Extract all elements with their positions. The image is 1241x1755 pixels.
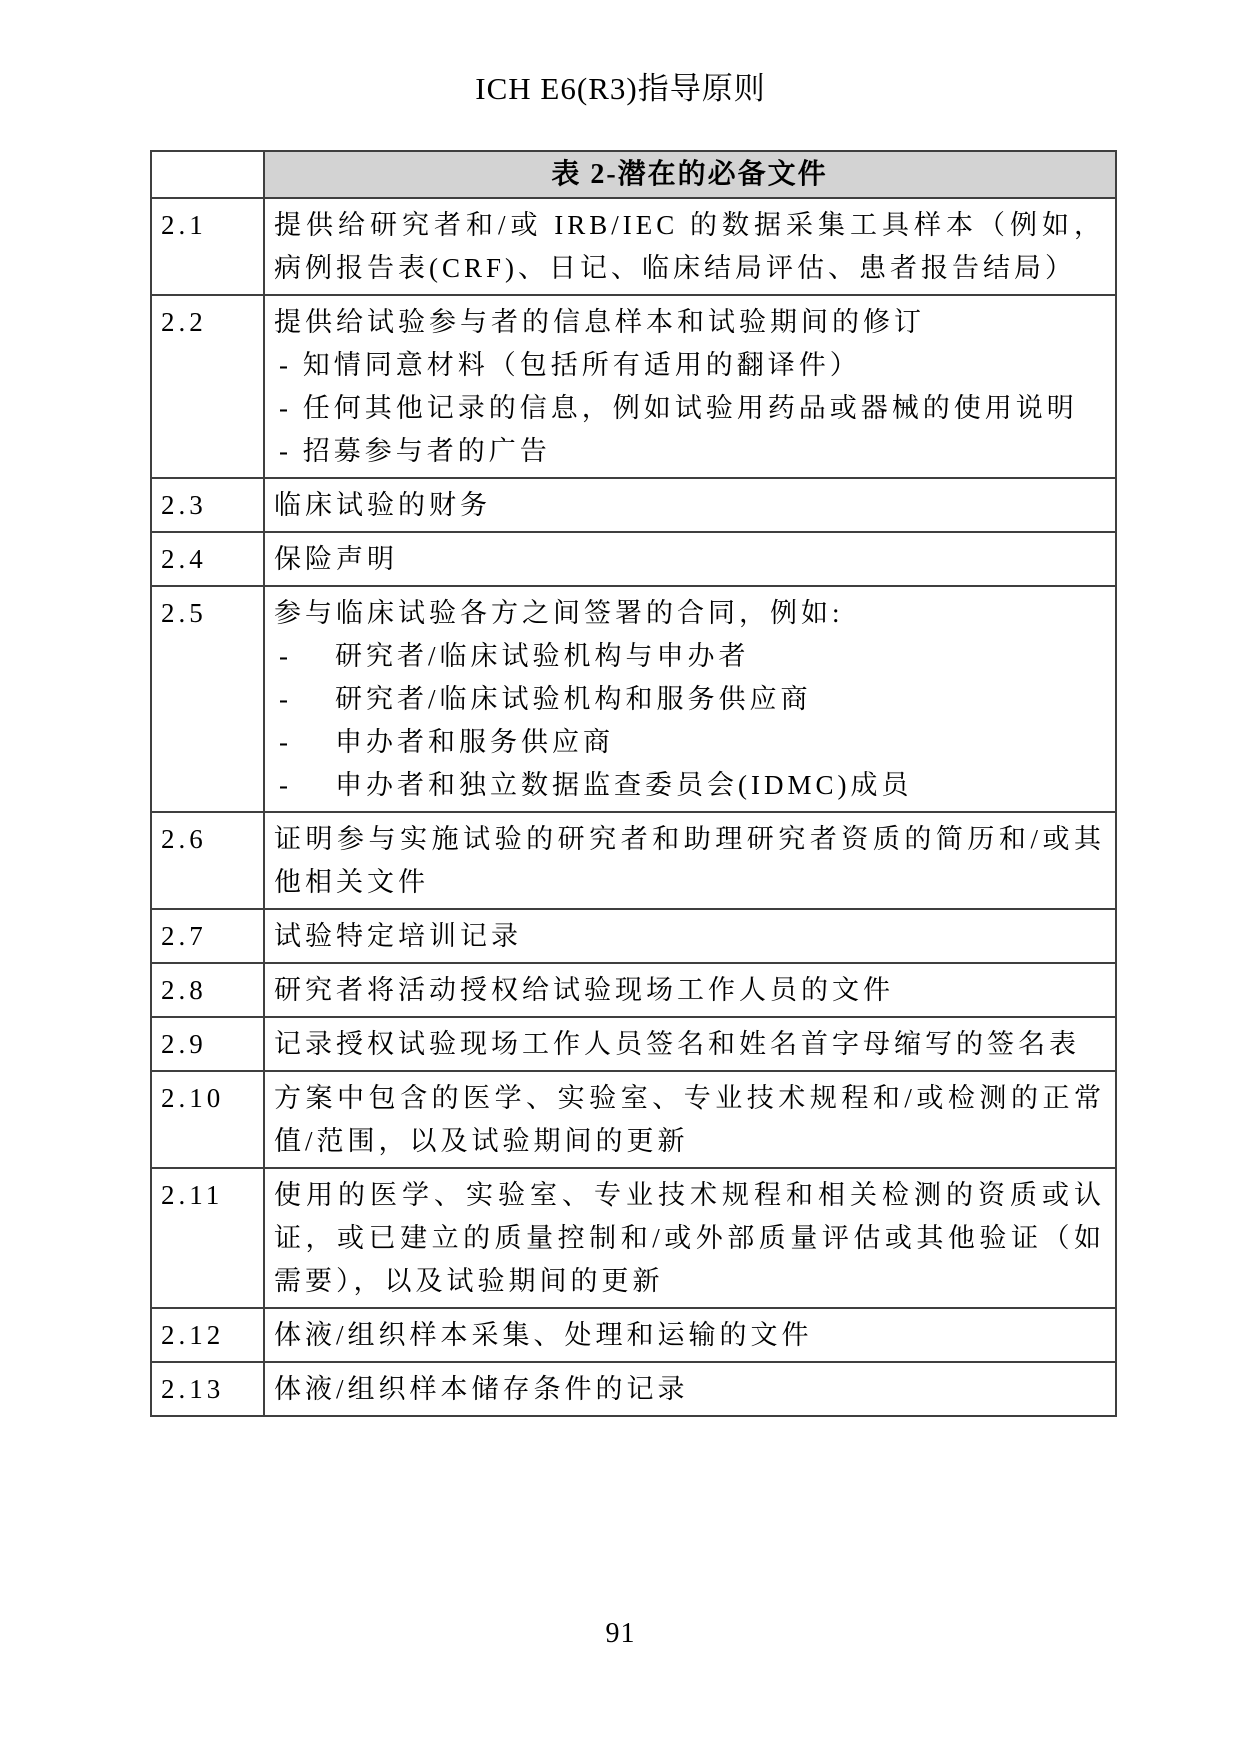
row-id-cell: 2.7 [151, 909, 264, 963]
row-line: 体液/组织样本采集、处理和运输的文件 [274, 1314, 1105, 1357]
row-content-cell: 试验特定培训记录 [264, 909, 1116, 963]
page-title: ICH E6(R3)指导原则 [0, 68, 1241, 110]
row-line: 提供给研究者和/或 IRB/IEC 的数据采集工具样本（例如，病例报告表(CRF… [274, 204, 1105, 290]
row-line: 使用的医学、实验室、专业技术规程和相关检测的资质或认证，或已建立的质量控制和/或… [274, 1174, 1105, 1303]
table-corner-cell [151, 151, 264, 198]
row-line: 试验特定培训记录 [274, 915, 1105, 958]
row-id-cell: 2.10 [151, 1071, 264, 1168]
row-line: 记录授权试验现场工作人员签名和姓名首字母缩写的签名表 [274, 1023, 1105, 1066]
row-line: 证明参与实施试验的研究者和助理研究者资质的简历和/或其他相关文件 [274, 818, 1105, 904]
table-row: 2.12体液/组织样本采集、处理和运输的文件 [151, 1308, 1116, 1362]
row-content-cell: 证明参与实施试验的研究者和助理研究者资质的简历和/或其他相关文件 [264, 812, 1116, 909]
document-page: { "page": { "title": "ICH E6(R3)指导原则", "… [0, 0, 1241, 1755]
table-row: 2.3临床试验的财务 [151, 478, 1116, 532]
row-id-cell: 2.1 [151, 198, 264, 295]
row-content-cell: 保险声明 [264, 532, 1116, 586]
table-row: 2.7试验特定培训记录 [151, 909, 1116, 963]
row-line: 提供给试验参与者的信息样本和试验期间的修订 [274, 301, 1105, 344]
row-id-cell: 2.8 [151, 963, 264, 1017]
row-content-cell: 记录授权试验现场工作人员签名和姓名首字母缩写的签名表 [264, 1017, 1116, 1071]
row-content-cell: 方案中包含的医学、实验室、专业技术规程和/或检测的正常值/范围，以及试验期间的更… [264, 1071, 1116, 1168]
page-number: 91 [0, 1618, 1241, 1650]
row-id-cell: 2.6 [151, 812, 264, 909]
row-content-cell: 体液/组织样本储存条件的记录 [264, 1362, 1116, 1416]
table-row: 2.11使用的医学、实验室、专业技术规程和相关检测的资质或认证，或已建立的质量控… [151, 1168, 1116, 1308]
row-content-cell: 参与临床试验各方之间签署的合同，例如:- 研究者/临床试验机构与申办者- 研究者… [264, 586, 1116, 812]
row-line: 临床试验的财务 [274, 484, 1105, 527]
table-row: 2.8研究者将活动授权给试验现场工作人员的文件 [151, 963, 1116, 1017]
table-header-row: 表 2-潜在的必备文件 [151, 151, 1116, 198]
row-line: - 招募参与者的广告 [274, 430, 1105, 473]
table-row: 2.4保险声明 [151, 532, 1116, 586]
row-line: 研究者将活动授权给试验现场工作人员的文件 [274, 969, 1105, 1012]
row-content-cell: 使用的医学、实验室、专业技术规程和相关检测的资质或认证，或已建立的质量控制和/或… [264, 1168, 1116, 1308]
row-line: - 申办者和服务供应商 [274, 721, 1105, 764]
row-id-cell: 2.12 [151, 1308, 264, 1362]
row-id-cell: 2.13 [151, 1362, 264, 1416]
row-line: - 研究者/临床试验机构和服务供应商 [274, 678, 1105, 721]
table-row: 2.6证明参与实施试验的研究者和助理研究者资质的简历和/或其他相关文件 [151, 812, 1116, 909]
row-id-cell: 2.9 [151, 1017, 264, 1071]
row-id-cell: 2.4 [151, 532, 264, 586]
row-id-cell: 2.3 [151, 478, 264, 532]
table-row: 2.5参与临床试验各方之间签署的合同，例如:- 研究者/临床试验机构与申办者- … [151, 586, 1116, 812]
essential-documents-table: 表 2-潜在的必备文件 2.1提供给研究者和/或 IRB/IEC 的数据采集工具… [150, 150, 1117, 1417]
row-id-cell: 2.11 [151, 1168, 264, 1308]
table-row: 2.13体液/组织样本储存条件的记录 [151, 1362, 1116, 1416]
row-content-cell: 研究者将活动授权给试验现场工作人员的文件 [264, 963, 1116, 1017]
row-line: 参与临床试验各方之间签署的合同，例如: [274, 592, 1105, 635]
row-id-cell: 2.5 [151, 586, 264, 812]
row-line: - 研究者/临床试验机构与申办者 [274, 635, 1105, 678]
row-line: 保险声明 [274, 538, 1105, 581]
table-body: 2.1提供给研究者和/或 IRB/IEC 的数据采集工具样本（例如，病例报告表(… [151, 198, 1116, 1416]
row-line: 体液/组织样本储存条件的记录 [274, 1368, 1105, 1411]
row-line: - 任何其他记录的信息，例如试验用药品或器械的使用说明 [274, 387, 1105, 430]
table-row: 2.9记录授权试验现场工作人员签名和姓名首字母缩写的签名表 [151, 1017, 1116, 1071]
row-line: 方案中包含的医学、实验室、专业技术规程和/或检测的正常值/范围，以及试验期间的更… [274, 1077, 1105, 1163]
row-content-cell: 体液/组织样本采集、处理和运输的文件 [264, 1308, 1116, 1362]
row-id-cell: 2.2 [151, 295, 264, 478]
table-row: 2.2提供给试验参与者的信息样本和试验期间的修订- 知情同意材料（包括所有适用的… [151, 295, 1116, 478]
table-caption: 表 2-潜在的必备文件 [264, 151, 1116, 198]
row-content-cell: 提供给试验参与者的信息样本和试验期间的修订- 知情同意材料（包括所有适用的翻译件… [264, 295, 1116, 478]
table-row: 2.10方案中包含的医学、实验室、专业技术规程和/或检测的正常值/范围，以及试验… [151, 1071, 1116, 1168]
table-row: 2.1提供给研究者和/或 IRB/IEC 的数据采集工具样本（例如，病例报告表(… [151, 198, 1116, 295]
row-line: - 申办者和独立数据监查委员会(IDMC)成员 [274, 764, 1105, 807]
row-content-cell: 临床试验的财务 [264, 478, 1116, 532]
row-line: - 知情同意材料（包括所有适用的翻译件） [274, 344, 1105, 387]
row-content-cell: 提供给研究者和/或 IRB/IEC 的数据采集工具样本（例如，病例报告表(CRF… [264, 198, 1116, 295]
